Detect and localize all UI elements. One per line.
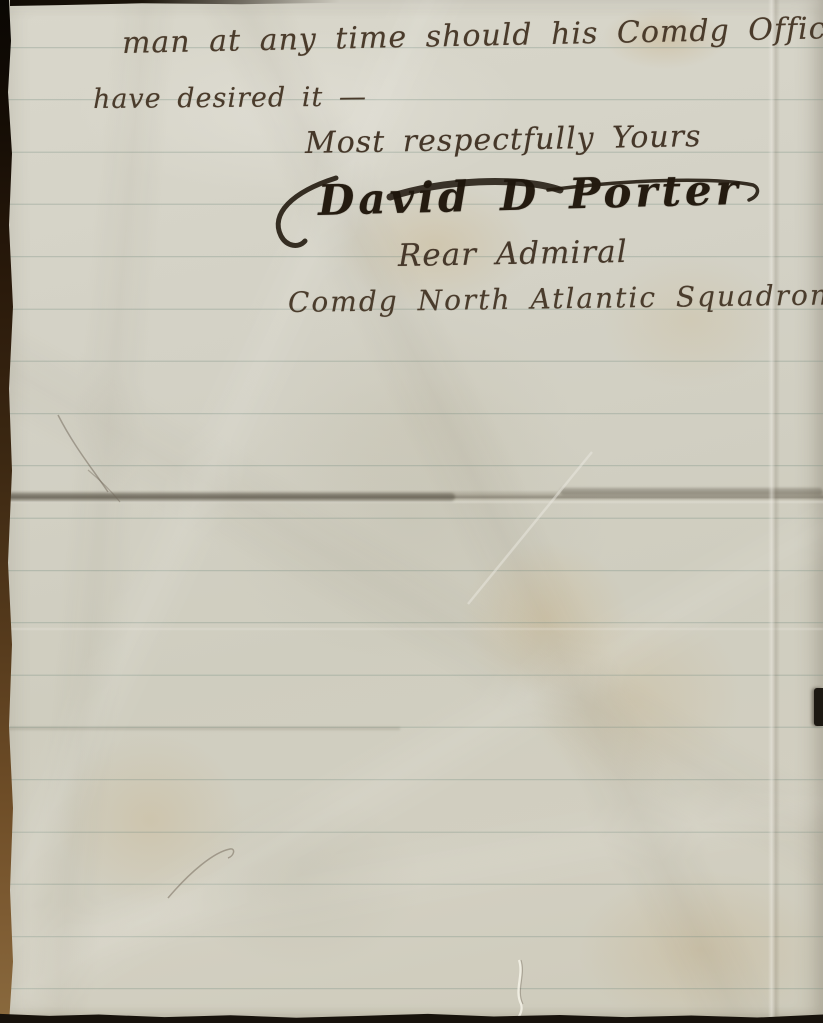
vertical-crease-right bbox=[768, 0, 780, 1023]
faint-crease bbox=[0, 727, 400, 730]
signature-rank-line: Rear Admiral bbox=[398, 234, 628, 274]
fold-shadow-left bbox=[0, 493, 455, 501]
scanned-letter-page: man at any time should his Comdg Officer… bbox=[0, 0, 823, 1023]
light-crease bbox=[0, 628, 823, 630]
right-edge-notch bbox=[814, 688, 823, 726]
letter-body-line-2: have desired it — bbox=[93, 82, 367, 115]
letter-closing-line: Most respectfully Yours bbox=[305, 119, 702, 161]
fold-shadow-right bbox=[560, 488, 823, 495]
